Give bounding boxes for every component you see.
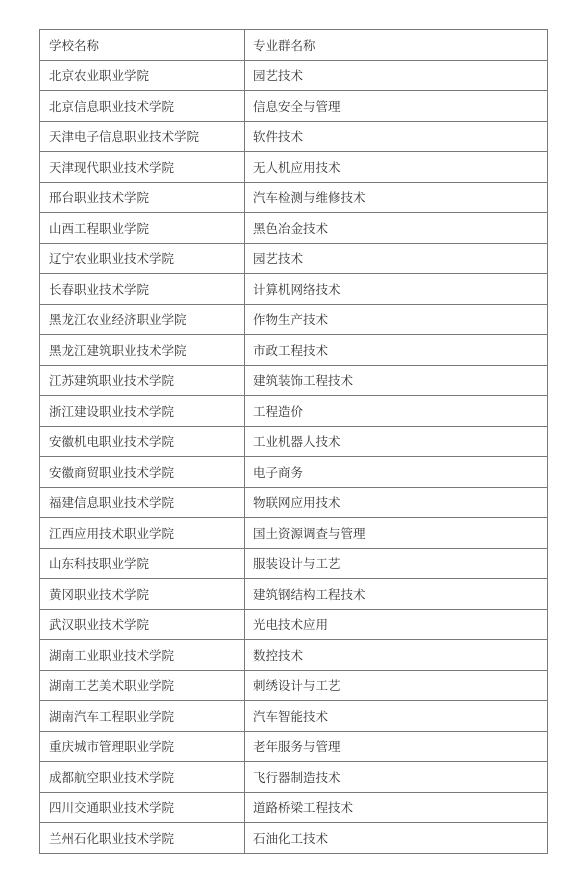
table-row: 成都航空职业技术学院飞行器制造技术 xyxy=(40,762,548,793)
program-group-cell: 市政工程技术 xyxy=(245,335,548,366)
school-name-cell: 天津现代职业技术学院 xyxy=(40,152,245,183)
table-row: 黑龙江农业经济职业学院作物生产技术 xyxy=(40,304,548,335)
school-name-cell: 浙江建设职业技术学院 xyxy=(40,396,245,427)
table-row: 福建信息职业技术学院物联网应用技术 xyxy=(40,487,548,518)
school-name-cell: 黑龙江建筑职业技术学院 xyxy=(40,335,245,366)
program-group-cell: 光电技术应用 xyxy=(245,609,548,640)
table-header-row: 学校名称 专业群名称 xyxy=(40,30,548,61)
program-group-cell: 软件技术 xyxy=(245,121,548,152)
header-program-group-name: 专业群名称 xyxy=(245,30,548,61)
table-row: 安徽商贸职业技术学院电子商务 xyxy=(40,457,548,488)
table-row: 江苏建筑职业技术学院建筑装饰工程技术 xyxy=(40,365,548,396)
table-row: 浙江建设职业技术学院工程造价 xyxy=(40,396,548,427)
table-row: 湖南工业职业技术学院数控技术 xyxy=(40,640,548,671)
program-group-cell: 建筑钢结构工程技术 xyxy=(245,579,548,610)
table-row: 武汉职业技术学院光电技术应用 xyxy=(40,609,548,640)
school-name-cell: 山西工程职业学院 xyxy=(40,213,245,244)
program-group-cell: 计算机网络技术 xyxy=(245,274,548,305)
program-group-cell: 建筑装饰工程技术 xyxy=(245,365,548,396)
program-group-cell: 园艺技术 xyxy=(245,60,548,91)
school-name-cell: 成都航空职业技术学院 xyxy=(40,762,245,793)
program-group-cell: 黑色冶金技术 xyxy=(245,213,548,244)
school-name-cell: 山东科技职业学院 xyxy=(40,548,245,579)
school-name-cell: 福建信息职业技术学院 xyxy=(40,487,245,518)
table-row: 安徽机电职业技术学院工业机器人技术 xyxy=(40,426,548,457)
program-group-cell: 无人机应用技术 xyxy=(245,152,548,183)
school-name-cell: 湖南汽车工程职业学院 xyxy=(40,701,245,732)
program-group-cell: 汽车检测与维修技术 xyxy=(245,182,548,213)
table-row: 辽宁农业职业技术学院园艺技术 xyxy=(40,243,548,274)
school-name-cell: 辽宁农业职业技术学院 xyxy=(40,243,245,274)
table-row: 北京信息职业技术学院信息安全与管理 xyxy=(40,91,548,122)
table-row: 重庆城市管理职业学院老年服务与管理 xyxy=(40,731,548,762)
program-group-cell: 信息安全与管理 xyxy=(245,91,548,122)
program-group-cell: 工业机器人技术 xyxy=(245,426,548,457)
school-name-cell: 长春职业技术学院 xyxy=(40,274,245,305)
program-group-cell: 老年服务与管理 xyxy=(245,731,548,762)
program-group-cell: 园艺技术 xyxy=(245,243,548,274)
table-body: 北京农业职业学院园艺技术 北京信息职业技术学院信息安全与管理 天津电子信息职业技… xyxy=(40,60,548,853)
school-name-cell: 北京农业职业学院 xyxy=(40,60,245,91)
school-name-cell: 兰州石化职业技术学院 xyxy=(40,823,245,854)
school-name-cell: 黄冈职业技术学院 xyxy=(40,579,245,610)
school-program-table: 学校名称 专业群名称 北京农业职业学院园艺技术 北京信息职业技术学院信息安全与管… xyxy=(39,29,548,854)
program-group-cell: 工程造价 xyxy=(245,396,548,427)
school-name-cell: 安徽商贸职业技术学院 xyxy=(40,457,245,488)
table-row: 江西应用技术职业学院国土资源调查与管理 xyxy=(40,518,548,549)
table-row: 湖南工艺美术职业学院刺绣设计与工艺 xyxy=(40,670,548,701)
table-row: 山东科技职业学院服装设计与工艺 xyxy=(40,548,548,579)
header-school-name: 学校名称 xyxy=(40,30,245,61)
school-name-cell: 湖南工业职业技术学院 xyxy=(40,640,245,671)
school-name-cell: 武汉职业技术学院 xyxy=(40,609,245,640)
school-name-cell: 安徽机电职业技术学院 xyxy=(40,426,245,457)
program-group-cell: 电子商务 xyxy=(245,457,548,488)
program-group-cell: 道路桥梁工程技术 xyxy=(245,792,548,823)
table-row: 邢台职业技术学院汽车检测与维修技术 xyxy=(40,182,548,213)
table-row: 山西工程职业学院黑色冶金技术 xyxy=(40,213,548,244)
school-name-cell: 天津电子信息职业技术学院 xyxy=(40,121,245,152)
program-group-cell: 物联网应用技术 xyxy=(245,487,548,518)
table-row: 天津电子信息职业技术学院软件技术 xyxy=(40,121,548,152)
table-row: 兰州石化职业技术学院石油化工技术 xyxy=(40,823,548,854)
table-row: 黄冈职业技术学院建筑钢结构工程技术 xyxy=(40,579,548,610)
program-group-cell: 石油化工技术 xyxy=(245,823,548,854)
program-group-cell: 数控技术 xyxy=(245,640,548,671)
table-row: 长春职业技术学院计算机网络技术 xyxy=(40,274,548,305)
school-program-table-container: 学校名称 专业群名称 北京农业职业学院园艺技术 北京信息职业技术学院信息安全与管… xyxy=(39,29,547,854)
program-group-cell: 作物生产技术 xyxy=(245,304,548,335)
school-name-cell: 江西应用技术职业学院 xyxy=(40,518,245,549)
program-group-cell: 飞行器制造技术 xyxy=(245,762,548,793)
school-name-cell: 北京信息职业技术学院 xyxy=(40,91,245,122)
program-group-cell: 汽车智能技术 xyxy=(245,701,548,732)
table-row: 湖南汽车工程职业学院汽车智能技术 xyxy=(40,701,548,732)
school-name-cell: 重庆城市管理职业学院 xyxy=(40,731,245,762)
table-row: 北京农业职业学院园艺技术 xyxy=(40,60,548,91)
program-group-cell: 国土资源调查与管理 xyxy=(245,518,548,549)
table-row: 四川交通职业技术学院道路桥梁工程技术 xyxy=(40,792,548,823)
school-name-cell: 黑龙江农业经济职业学院 xyxy=(40,304,245,335)
table-row: 黑龙江建筑职业技术学院市政工程技术 xyxy=(40,335,548,366)
program-group-cell: 刺绣设计与工艺 xyxy=(245,670,548,701)
school-name-cell: 邢台职业技术学院 xyxy=(40,182,245,213)
school-name-cell: 江苏建筑职业技术学院 xyxy=(40,365,245,396)
program-group-cell: 服装设计与工艺 xyxy=(245,548,548,579)
school-name-cell: 湖南工艺美术职业学院 xyxy=(40,670,245,701)
table-row: 天津现代职业技术学院无人机应用技术 xyxy=(40,152,548,183)
school-name-cell: 四川交通职业技术学院 xyxy=(40,792,245,823)
